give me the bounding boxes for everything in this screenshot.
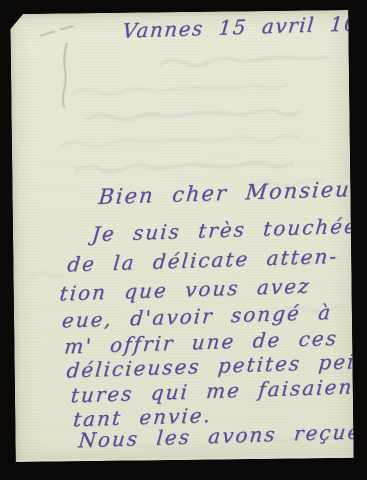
letter-salutation: Bien cher Monsieur, (97, 176, 353, 209)
letter-page: Vannes 15 avril 10. Bien cher Monsieur, … (10, 10, 353, 462)
letter-body-line: tion que vous avez (59, 274, 312, 306)
letter-body-line: Je suis très touchée (91, 214, 354, 246)
letter-date-line: Vannes 15 avril 10. (121, 11, 353, 43)
letter-scan: Vannes 15 avril 10. Bien cher Monsieur, … (0, 0, 367, 480)
letter-body-line: de la délicate atten- (66, 244, 339, 277)
